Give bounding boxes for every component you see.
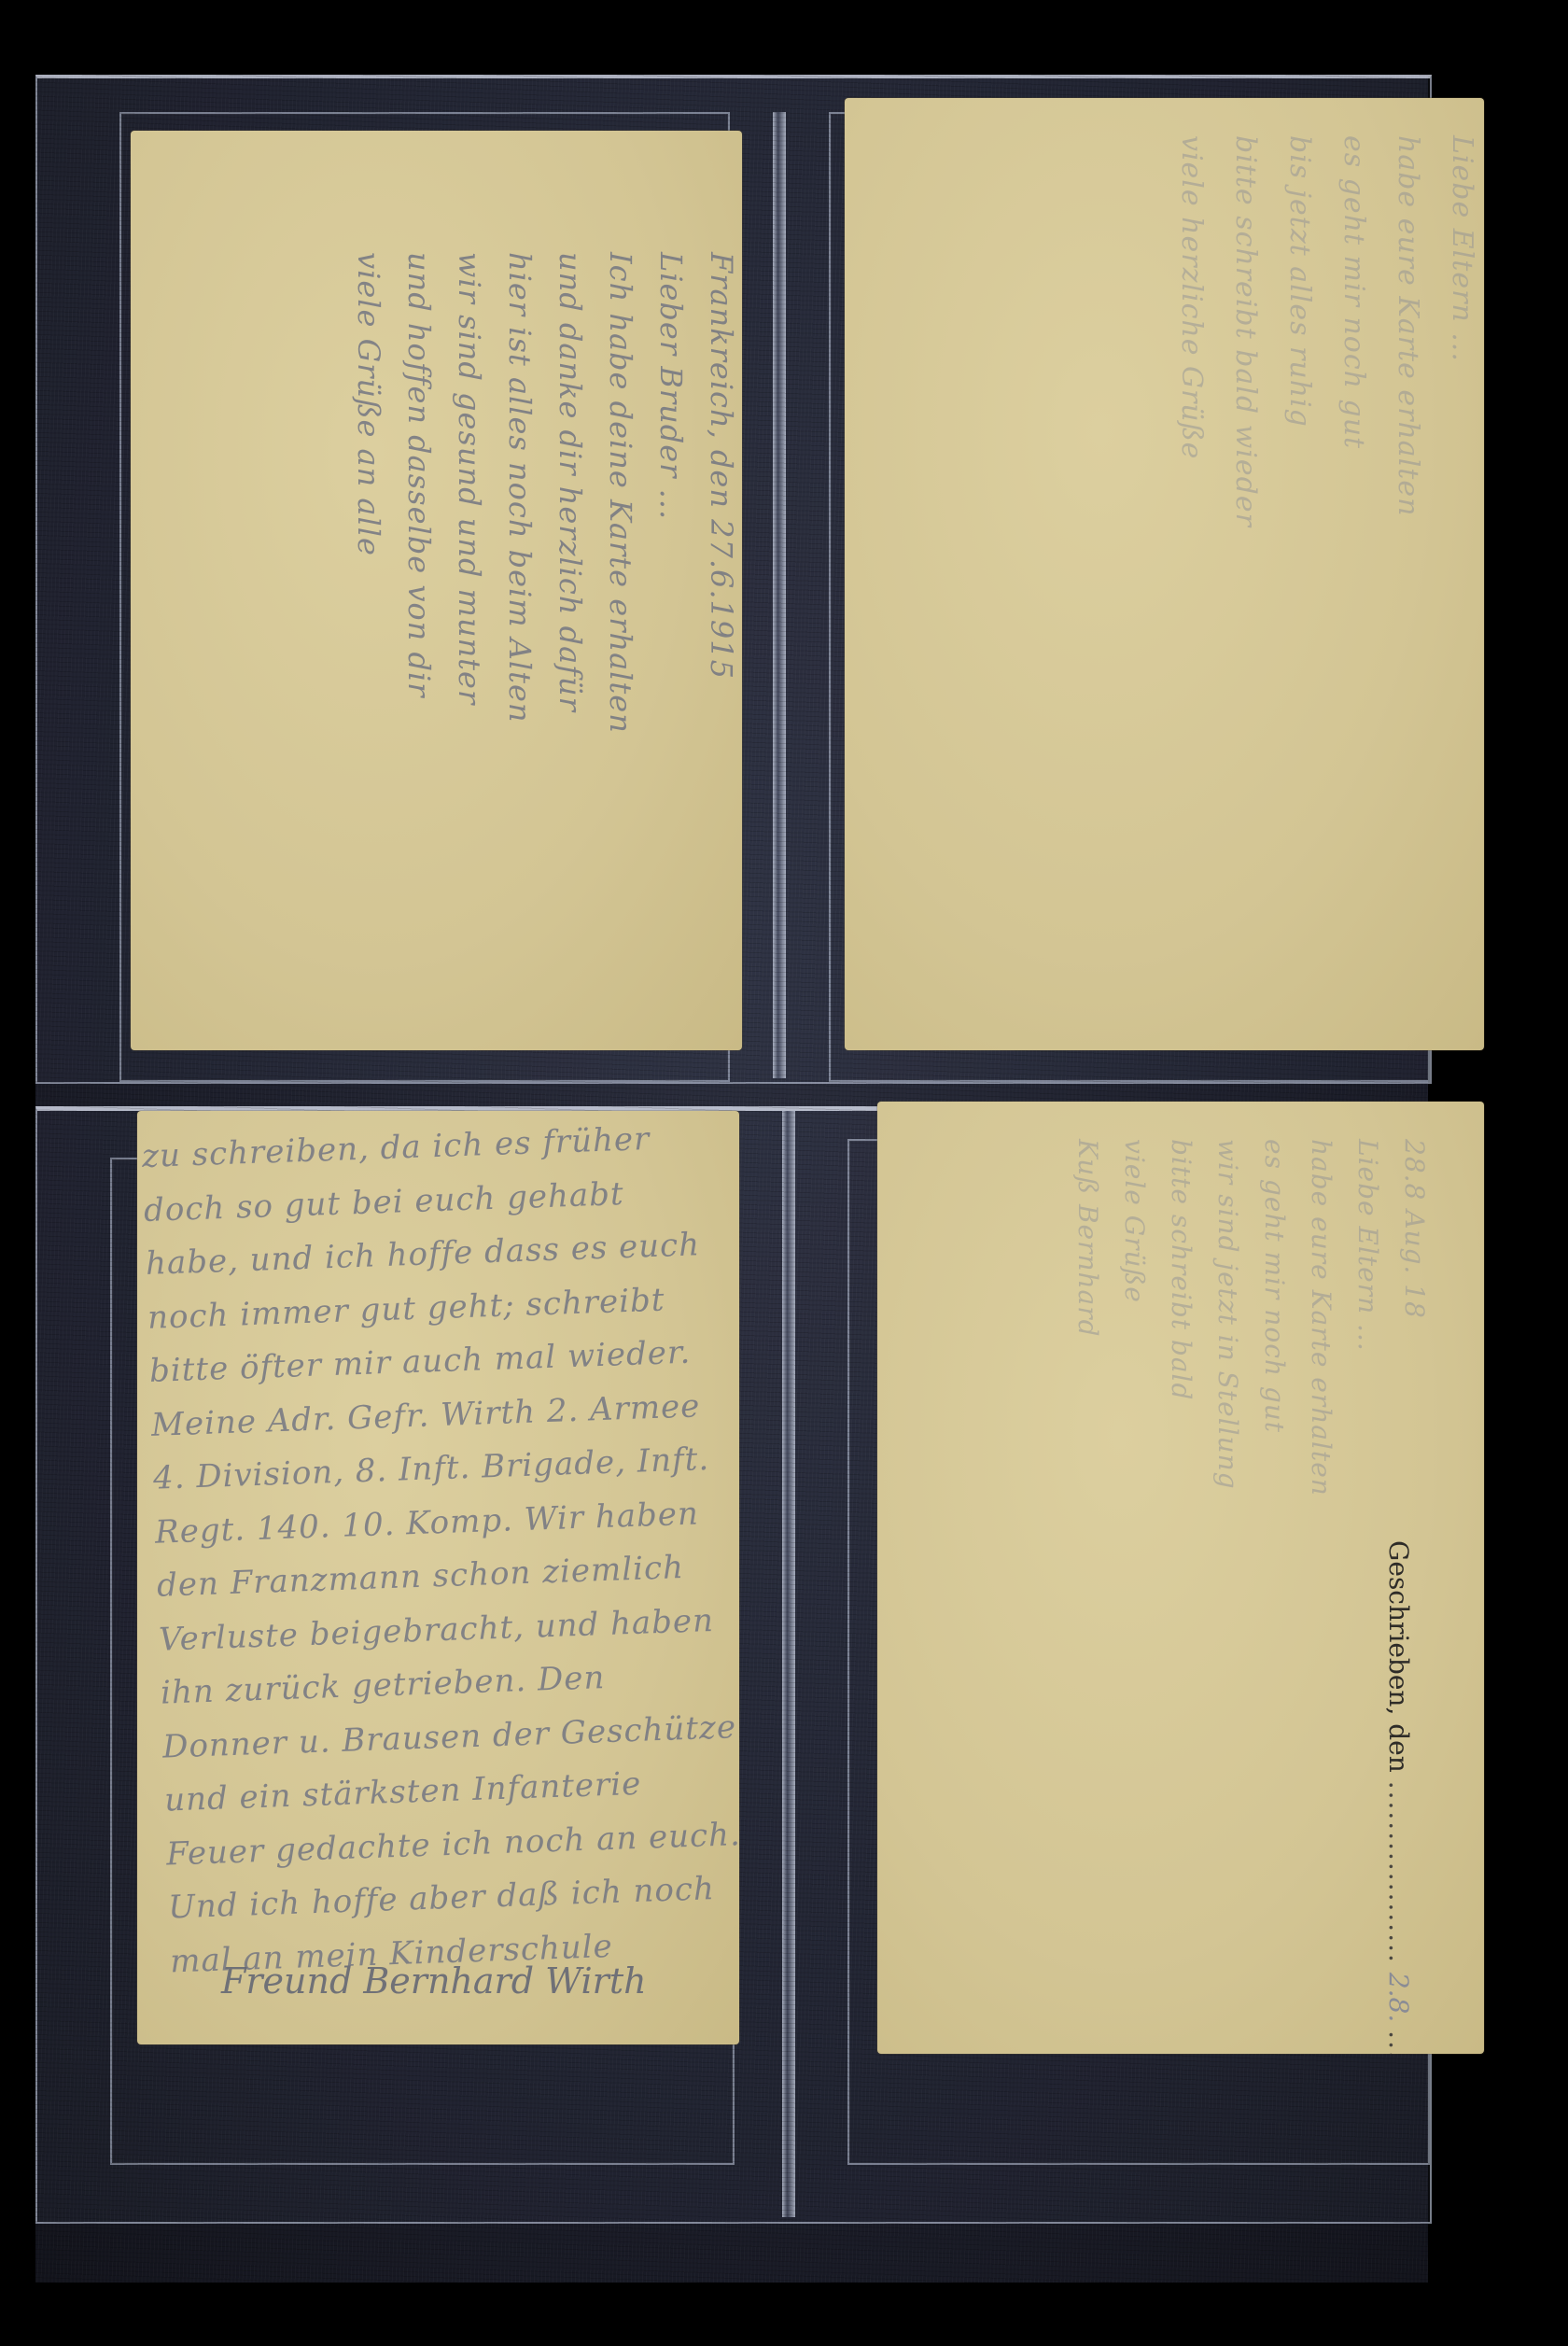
text-line: Liebe Eltern ...: [1435, 135, 1484, 527]
text-line: es geht mir noch gut: [1251, 1139, 1297, 1496]
signature: Freund Bernhard Wirth: [221, 1960, 647, 2002]
text-line: wir sind jetzt in Stellung: [1204, 1139, 1251, 1496]
postcard-top-right: Liebe Eltern ... habe eure Karte erhalte…: [845, 98, 1484, 1050]
printed-prefix: Geschrieben, den: [1383, 1540, 1414, 1773]
handwriting-block: Liebe Eltern ... habe eure Karte erhalte…: [1164, 135, 1484, 527]
text-line: Liebe Eltern ...: [1344, 1139, 1391, 1496]
text-line: viele Grüße: [1111, 1139, 1157, 1496]
handwriting-block: Frankreich, den 27.6.1915 Lieber Bruder …: [343, 252, 742, 734]
postcard-bottom-right: 28.8 Aug. 18 Liebe Eltern ... habe eure …: [877, 1102, 1484, 2054]
sleeve-divider-top: [773, 112, 786, 1078]
postcard-top-left: Frankreich, den 27.6.1915 Lieber Bruder …: [131, 131, 742, 1050]
date-line: Frankreich, den 27.6.1915: [696, 252, 742, 734]
text-line: bitte schreibt bald: [1157, 1139, 1204, 1496]
text-line: habe eure Karte erhalten: [1380, 135, 1435, 527]
dotted-line: ..................: [1383, 1781, 1414, 1964]
text-line: viele Grüße an alle: [343, 252, 394, 734]
text-line: habe eure Karte erhalten: [1297, 1139, 1344, 1496]
postcard-bottom-left: zu schreiben, da ich es früher doch so g…: [137, 1111, 739, 2044]
text-line: hier ist alles noch beim Alten: [495, 252, 545, 734]
text-line: viele herzliche Grüße: [1164, 135, 1218, 527]
handwriting-block: 28.8 Aug. 18 Liebe Eltern ... habe eure …: [1064, 1139, 1437, 1496]
text-line: und hoffen dasselbe von dir: [394, 252, 444, 734]
handwriting-block: zu schreiben, da ich es früher doch so g…: [141, 1111, 739, 1988]
dotted-line: ..................: [1383, 2030, 1414, 2054]
handwritten-date: 2.8.: [1383, 1973, 1414, 2022]
text-line: wir sind gesund und munter: [444, 252, 495, 734]
text-line: Lieber Bruder ...: [646, 252, 696, 734]
closing-line: Kuß Bernhard: [1064, 1139, 1111, 1496]
heading-line: 28.8 Aug. 18: [1391, 1139, 1437, 1496]
text-line: und danke dir herzlich dafür: [545, 252, 595, 734]
sleeve-divider-bottom: [782, 1111, 795, 2217]
printed-date-form: Geschrieben, den .................. 2.8.…: [1383, 1540, 1414, 2054]
text-line: Ich habe deine Karte erhalten: [595, 252, 646, 734]
text-line: es geht mir noch gut: [1326, 135, 1380, 527]
text-line: bitte schreibt bald wieder: [1218, 135, 1272, 527]
text-line: bis jetzt alles ruhig: [1272, 135, 1326, 527]
